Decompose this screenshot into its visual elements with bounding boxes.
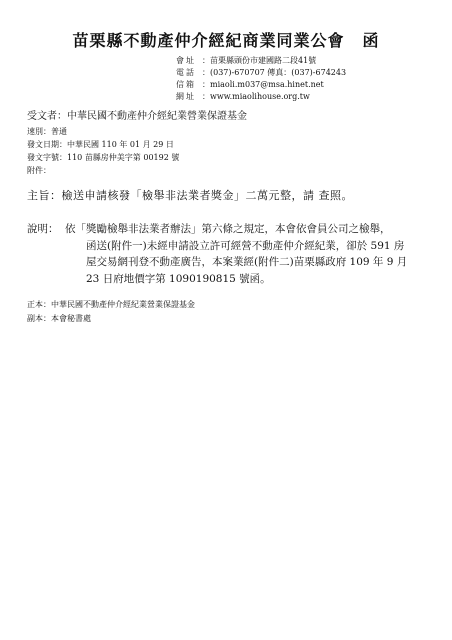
meta-priority: 速別：普通 [27, 125, 179, 138]
meta-attachments: 附件： [27, 164, 179, 177]
explanation-line: 依「獎勵檢舉非法業者辦法」第六條之規定，本會依會員公司之檢舉， [65, 221, 452, 238]
copy-recipient: 副本：本會秘書處 [27, 312, 195, 326]
recipient-value: 中華民國不動產仲介經紀業營業保證基金 [67, 111, 247, 122]
contact-website: 網址：www.miaolihouse.org.tw [176, 91, 346, 103]
contact-phone: 電話：(037)-670707 傳真：(037)-674243 [176, 67, 346, 79]
letterhead-title: 苗栗縣不動產仲介經紀商業同業公會函 [0, 28, 452, 51]
explanation-body: 依「獎勵檢舉非法業者辦法」第六條之規定，本會依會員公司之檢舉， 函送(附件一)未… [65, 221, 452, 287]
contact-address: 會址：苗栗縣頭份市建國路二段41號 [176, 55, 346, 67]
document-type: 函 [363, 31, 380, 50]
subject-text: 檢送申請核發「檢舉非法業者獎金」二萬元整，請 查照。 [62, 189, 354, 202]
explanation-line: 23 日府地價字第 1090190815 號函。 [65, 271, 452, 288]
explanation-line: 屋交易網刊登不動產廣告，本案業經(附件二)苗栗縣政府 109 年 9 月 [65, 254, 452, 271]
subject: 主旨：檢送申請核發「檢舉非法業者獎金」二萬元整，請 查照。 [27, 187, 353, 203]
contact-block: 會址：苗栗縣頭份市建國路二段41號 電話：(037)-670707 傳真：(03… [176, 55, 346, 103]
meta-date: 發文日期：中華民國 110 年 01 月 29 日 [27, 138, 179, 151]
explanation-label: 說明： [27, 221, 59, 238]
distribution-list: 正本：中華民國不動產仲介經紀業營業保證基金 副本：本會秘書處 [27, 298, 195, 326]
document-meta: 速別：普通 發文日期：中華民國 110 年 01 月 29 日 發文字號：110… [27, 125, 179, 177]
subject-label: 主旨： [27, 189, 62, 202]
organization-name: 苗栗縣不動產仲介經紀商業同業公會 [72, 31, 344, 50]
contact-email: 信箱：miaoli.m037@msa.hinet.net [176, 79, 346, 91]
recipient: 受文者：中華民國不動產仲介經紀業營業保證基金 [27, 107, 247, 122]
explanation-line: 函送(附件一)未經申請設立許可經營不動產仲介經紀業，卻於 591 房 [65, 238, 452, 255]
meta-doc-number: 發文字號：110 苗縣房仲美字第 00192 號 [27, 151, 179, 164]
recipient-label: 受文者： [27, 111, 67, 122]
original-recipient: 正本：中華民國不動產仲介經紀業營業保證基金 [27, 298, 195, 312]
